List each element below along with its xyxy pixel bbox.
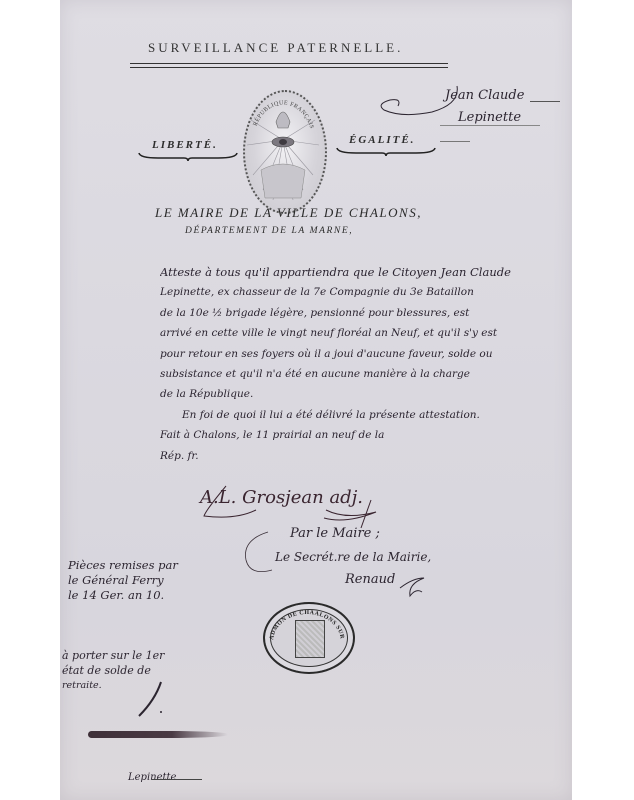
ink-flourish-stroke bbox=[88, 731, 228, 738]
signature-renaud: Renaud bbox=[345, 572, 395, 587]
stamp-emblem-icon bbox=[295, 620, 325, 658]
lower-note-paraph-icon bbox=[135, 680, 165, 720]
addressee-rule-1 bbox=[530, 101, 560, 102]
margin-note-line: le 14 Ger. an 10. bbox=[68, 588, 178, 603]
margin-note-line: Pièces remises par bbox=[68, 558, 178, 573]
header-title: SURVEILLANCE PATERNELLE. bbox=[148, 40, 403, 56]
signature-grosjean: A.L. Grosjean adj. bbox=[200, 487, 363, 508]
phrygian-figure-icon bbox=[276, 112, 290, 128]
brace-right-icon bbox=[336, 147, 436, 157]
header-double-rule bbox=[130, 63, 448, 68]
body-line: arrivé en cette ville le vingt neuf flor… bbox=[160, 323, 570, 343]
body-line: de la 10e ½ brigade légère, pensionné po… bbox=[160, 303, 570, 323]
renaud-paraph-icon bbox=[398, 574, 428, 600]
lower-note-line: état de solde de bbox=[62, 663, 164, 678]
attestation-body: Atteste à tous qu'il appartiendra que le… bbox=[160, 262, 570, 466]
republique-vignette: RÉPUBLIQUE FRANÇAISE bbox=[243, 90, 327, 214]
motto-right-rule bbox=[440, 141, 470, 142]
signature-secretaire: Le Secrét.re de la Mairie, bbox=[275, 550, 431, 564]
issuer-mayor-title: LE MAIRE DE LA VILLE DE CHALONS, bbox=[155, 205, 422, 221]
addressee-surname: Lepinette bbox=[458, 110, 521, 125]
motto-liberte: LIBERTÉ. bbox=[152, 139, 218, 151]
body-line: En foi de quoi il lui a été délivré la p… bbox=[160, 405, 570, 425]
addressee-first-name: Jean Claude bbox=[445, 88, 524, 103]
margin-note-pieces-remises: Pièces remises par le Général Ferry le 1… bbox=[68, 558, 178, 603]
body-line: subsistance et qu'il n'a été en aucune m… bbox=[160, 364, 570, 384]
issuer-department: département de la Marne, bbox=[185, 226, 353, 236]
motto-egalite: ÉGALITÉ. bbox=[349, 134, 415, 146]
body-line: Fait à Chalons, le 11 prairial an neuf d… bbox=[160, 425, 570, 445]
body-line: Lepinette, ex chasseur de la 7e Compagni… bbox=[160, 282, 570, 302]
body-line: pour retour en ses foyers où il a joui d… bbox=[160, 344, 570, 364]
bottom-signature-rule bbox=[152, 779, 202, 780]
administration-stamp: ADMON DE CHAALONS SUR MARNE bbox=[263, 602, 355, 674]
secretary-flourish-icon bbox=[238, 530, 278, 580]
bottom-signature-lepinette: Lepinette bbox=[128, 772, 176, 783]
brace-left-icon bbox=[138, 152, 238, 162]
body-line: Atteste à tous qu'il appartiendra que le… bbox=[160, 262, 570, 282]
signature-par-le-maire: Par le Maire ; bbox=[290, 526, 380, 541]
addressee-rule-2 bbox=[440, 125, 540, 126]
body-line: Rép. fr. bbox=[160, 446, 570, 466]
body-line: de la République. bbox=[160, 384, 570, 404]
vignette-rays-icon: RÉPUBLIQUE FRANÇAISE bbox=[243, 90, 323, 210]
lower-note-line: à porter sur le 1er bbox=[62, 648, 164, 663]
margin-note-line: le Général Ferry bbox=[68, 573, 178, 588]
